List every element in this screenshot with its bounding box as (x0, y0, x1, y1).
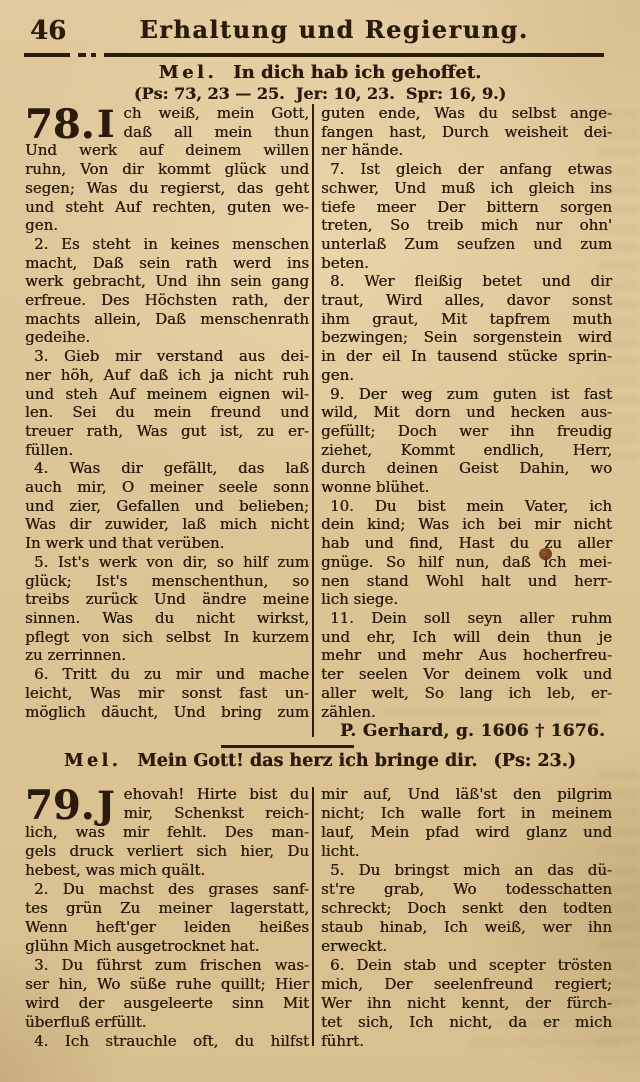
hymn79-left-column: 79.Jehovah! Hirte bist dumir, Schenkst r… (25, 785, 309, 1051)
text-line: auch mir, O meiner seele sonn (25, 478, 309, 497)
text-line: Was dir zuwider, laß mich nicht (25, 515, 309, 534)
melody-title: Mein Gott! das herz ich bringe dir. (137, 751, 477, 771)
text-line: mir auf, Und läß'st den pilgrim (321, 785, 612, 804)
ink-spot (539, 548, 552, 560)
text-line: 7. Ist gleich der anfang etwas (321, 160, 612, 179)
drop-cap: J (97, 785, 115, 822)
text-line: 10. Du bist mein Vater, ich (321, 497, 612, 516)
text-line: zählen. (321, 703, 612, 722)
text-line: treuer rath, Was gut ist, zu er- (25, 422, 309, 441)
text-line: 4. Was dir gefällt, das laß (25, 459, 309, 478)
text-line: und steh Auf meinem eignen wil- (25, 385, 309, 404)
melody-label: Mel. (159, 62, 217, 83)
text-line: traut, Wird alles, davor sonst (321, 291, 612, 310)
text-line: schreckt; Doch senkt den todten (321, 899, 612, 918)
hymn79-melody-line: Mel. Mein Gott! das herz ich bringe dir.… (0, 751, 640, 771)
text-line: zu zerrinnen. (25, 646, 309, 665)
melody-title: In dich hab ich gehoffet. (233, 62, 481, 83)
hymnal-page: 46 Erhaltung und Regierung. Mel. In dich… (0, 0, 640, 1082)
column-divider (312, 787, 314, 1046)
column-divider (312, 104, 314, 737)
text-line: führt. (321, 1032, 612, 1051)
text-line: füllen. (25, 441, 309, 460)
text-line: Wer ihn nicht kennt, der fürch- (321, 994, 612, 1013)
text-line: 4. Ich strauchle oft, du hilfst (25, 1032, 309, 1051)
text-line: leicht, Was mir sonst fast un- (25, 684, 309, 703)
text-line: 2. Es steht in keines menschen (25, 235, 309, 254)
hymn78-melody-line: Mel. In dich hab ich gehoffet. (0, 62, 640, 83)
text-line: gedeihe. (25, 328, 309, 347)
text-line: durch deinen Geist Dahin, wo (321, 459, 612, 478)
text-line: 9. Der weg zum guten ist fast (321, 385, 612, 404)
text-line: 2. Du machst des grases sanf- (25, 880, 309, 899)
text-line: überfluß erfüllt. (25, 1013, 309, 1032)
text-line: gels druck verliert sich hier, Du (25, 842, 309, 861)
text-line: wild, Mit dorn und hecken aus- (321, 403, 612, 422)
text-line: aller welt, So lang ich leb, er- (321, 684, 612, 703)
text-line: erfreue. Des Höchsten rath, der (25, 291, 309, 310)
text-line: 11. Dein soll seyn aller ruhm (321, 609, 612, 628)
header-rule (24, 53, 604, 57)
text-line: ter seelen Vor deinem volk und (321, 665, 612, 684)
text-line: 3. Du führst zum frischen was- (25, 956, 309, 975)
text-line: lauf, Mein pfad wird glanz und (321, 823, 612, 842)
text-line: Und werk auf deinem willen (25, 141, 309, 160)
text-line: nicht; Ich walle fort in meinem (321, 804, 612, 823)
text-line: gen. (25, 216, 309, 235)
page-number: 46 (30, 16, 66, 46)
text-line: ner hände. (321, 141, 612, 160)
text-line: 5. Du bringst mich an das dü- (321, 861, 612, 880)
text-line: staub hinab, Ich weiß, wer ihn (321, 918, 612, 937)
text-line: mehr und mehr Aus hocherfreu- (321, 646, 612, 665)
hymn-number: 78. (25, 104, 97, 141)
text-line: fangen hast, Durch weisheit dei- (321, 123, 612, 142)
text-line: 6. Tritt du zu mir und mache (25, 665, 309, 684)
hymn78-left-column: 78.Ich weiß, mein Gott,daß all mein thun… (25, 104, 309, 721)
text-line: lich, was mir fehlt. Des man- (25, 823, 309, 842)
text-line: und zier, Gefallen und belieben; (25, 497, 309, 516)
text-line: lich siege. (321, 590, 612, 609)
text-line: gefüllt; Doch wer ihn freudig (321, 422, 612, 441)
text-line: nen stand Wohl halt und herr- (321, 572, 612, 591)
drop-cap: I (97, 104, 114, 141)
text-line: macht, Daß sein rath werd ins (25, 254, 309, 273)
hymn79-right-column: mir auf, Und läß'st den pilgrimnicht; Ic… (321, 785, 612, 1051)
text-line: schwer, Und muß ich gleich ins (321, 179, 612, 198)
text-line: segen; Was du regierst, das geht (25, 179, 309, 198)
text-line: hebest, was mich quält. (25, 861, 309, 880)
text-line: ner höh, Auf daß ich ja nicht ruh (25, 366, 309, 385)
text-line: treibs zurück Und ändre meine (25, 590, 309, 609)
hymn78-references: (Ps: 73, 23 — 25. Jer: 10, 23. Spr: 16, … (0, 84, 640, 103)
text-line: tes grün Zu meiner lagerstatt, (25, 899, 309, 918)
text-line: Wenn heft'ger leiden heißes (25, 918, 309, 937)
text-line: möglich däucht, Und bring zum (25, 703, 309, 722)
text-line: und steht Auf rechten, guten we- (25, 198, 309, 217)
hymn79-references: (Ps: 23.) (493, 751, 576, 771)
hymn78-right-column: guten ende, Was du selbst ange-fangen ha… (321, 104, 612, 721)
hymn-number: 79. (25, 785, 97, 822)
text-line: wonne blühet. (321, 478, 612, 497)
text-line: mich, Der seelenfreund regiert; (321, 975, 612, 994)
text-line: tet sich, Ich nicht, da er mich (321, 1013, 612, 1032)
text-line: erweckt. (321, 937, 612, 956)
melody-label: Mel. (64, 751, 121, 771)
text-line: glück; Ist's menschenthun, so (25, 572, 309, 591)
text-line: bezwingen; Sein sorgenstein wird (321, 328, 612, 347)
text-line: len. Sei du mein freund und (25, 403, 309, 422)
text-line: und ehr, Ich will dein thun je (321, 628, 612, 647)
text-line: gen. (321, 366, 612, 385)
text-line: 5. Ist's werk von dir, so hilf zum (25, 553, 309, 572)
text-line: 3. Gieb mir verstand aus dei- (25, 347, 309, 366)
text-line: tiefe meer Der bittern sorgen (321, 198, 612, 217)
text-line: sinnen. Was du nicht wirkst, (25, 609, 309, 628)
text-line: glühn Mich ausgetrocknet hat. (25, 937, 309, 956)
text-line: 6. Dein stab und scepter trösten (321, 956, 612, 975)
text-line: licht. (321, 842, 612, 861)
text-line: gnüge. So hilf nun, daß ich mei- (321, 553, 612, 572)
text-line: ihm graut, Mit tapfrem muth (321, 310, 612, 329)
text-line: unterlaß Zum seufzen und zum (321, 235, 612, 254)
text-line: beten. (321, 254, 612, 273)
text-line: treten, So treib mich nur ohn' (321, 216, 612, 235)
text-line: ziehet, Kommt endlich, Herr, (321, 441, 612, 460)
text-line: machts allein, Daß menschenrath (25, 310, 309, 329)
text-line: ser hin, Wo süße ruhe quillt; Hier (25, 975, 309, 994)
text-line: guten ende, Was du selbst ange- (321, 104, 612, 123)
text-line: dein kind; Was ich bei mir nicht (321, 515, 612, 534)
text-line: In werk und that verüben. (25, 534, 309, 553)
section-rule (221, 745, 354, 748)
text-line: 8. Wer fleißig betet und dir (321, 272, 612, 291)
text-line: werk gebracht, Und ihn sein gang (25, 272, 309, 291)
text-line: st're grab, Wo todesschatten (321, 880, 612, 899)
author-attribution: P. Gerhard, g. 1606 † 1676. (340, 721, 615, 741)
text-line: ruhn, Von dir kommt glück und (25, 160, 309, 179)
text-line: in der eil In tausend stücke sprin- (321, 347, 612, 366)
page-title: Erhaltung und Regierung. (139, 15, 528, 44)
text-line: hab und find, Hast du zu aller (321, 534, 612, 553)
text-line: pflegt von sich selbst In kurzem (25, 628, 309, 647)
text-line: wird der ausgeleerte sinn Mit (25, 994, 309, 1013)
